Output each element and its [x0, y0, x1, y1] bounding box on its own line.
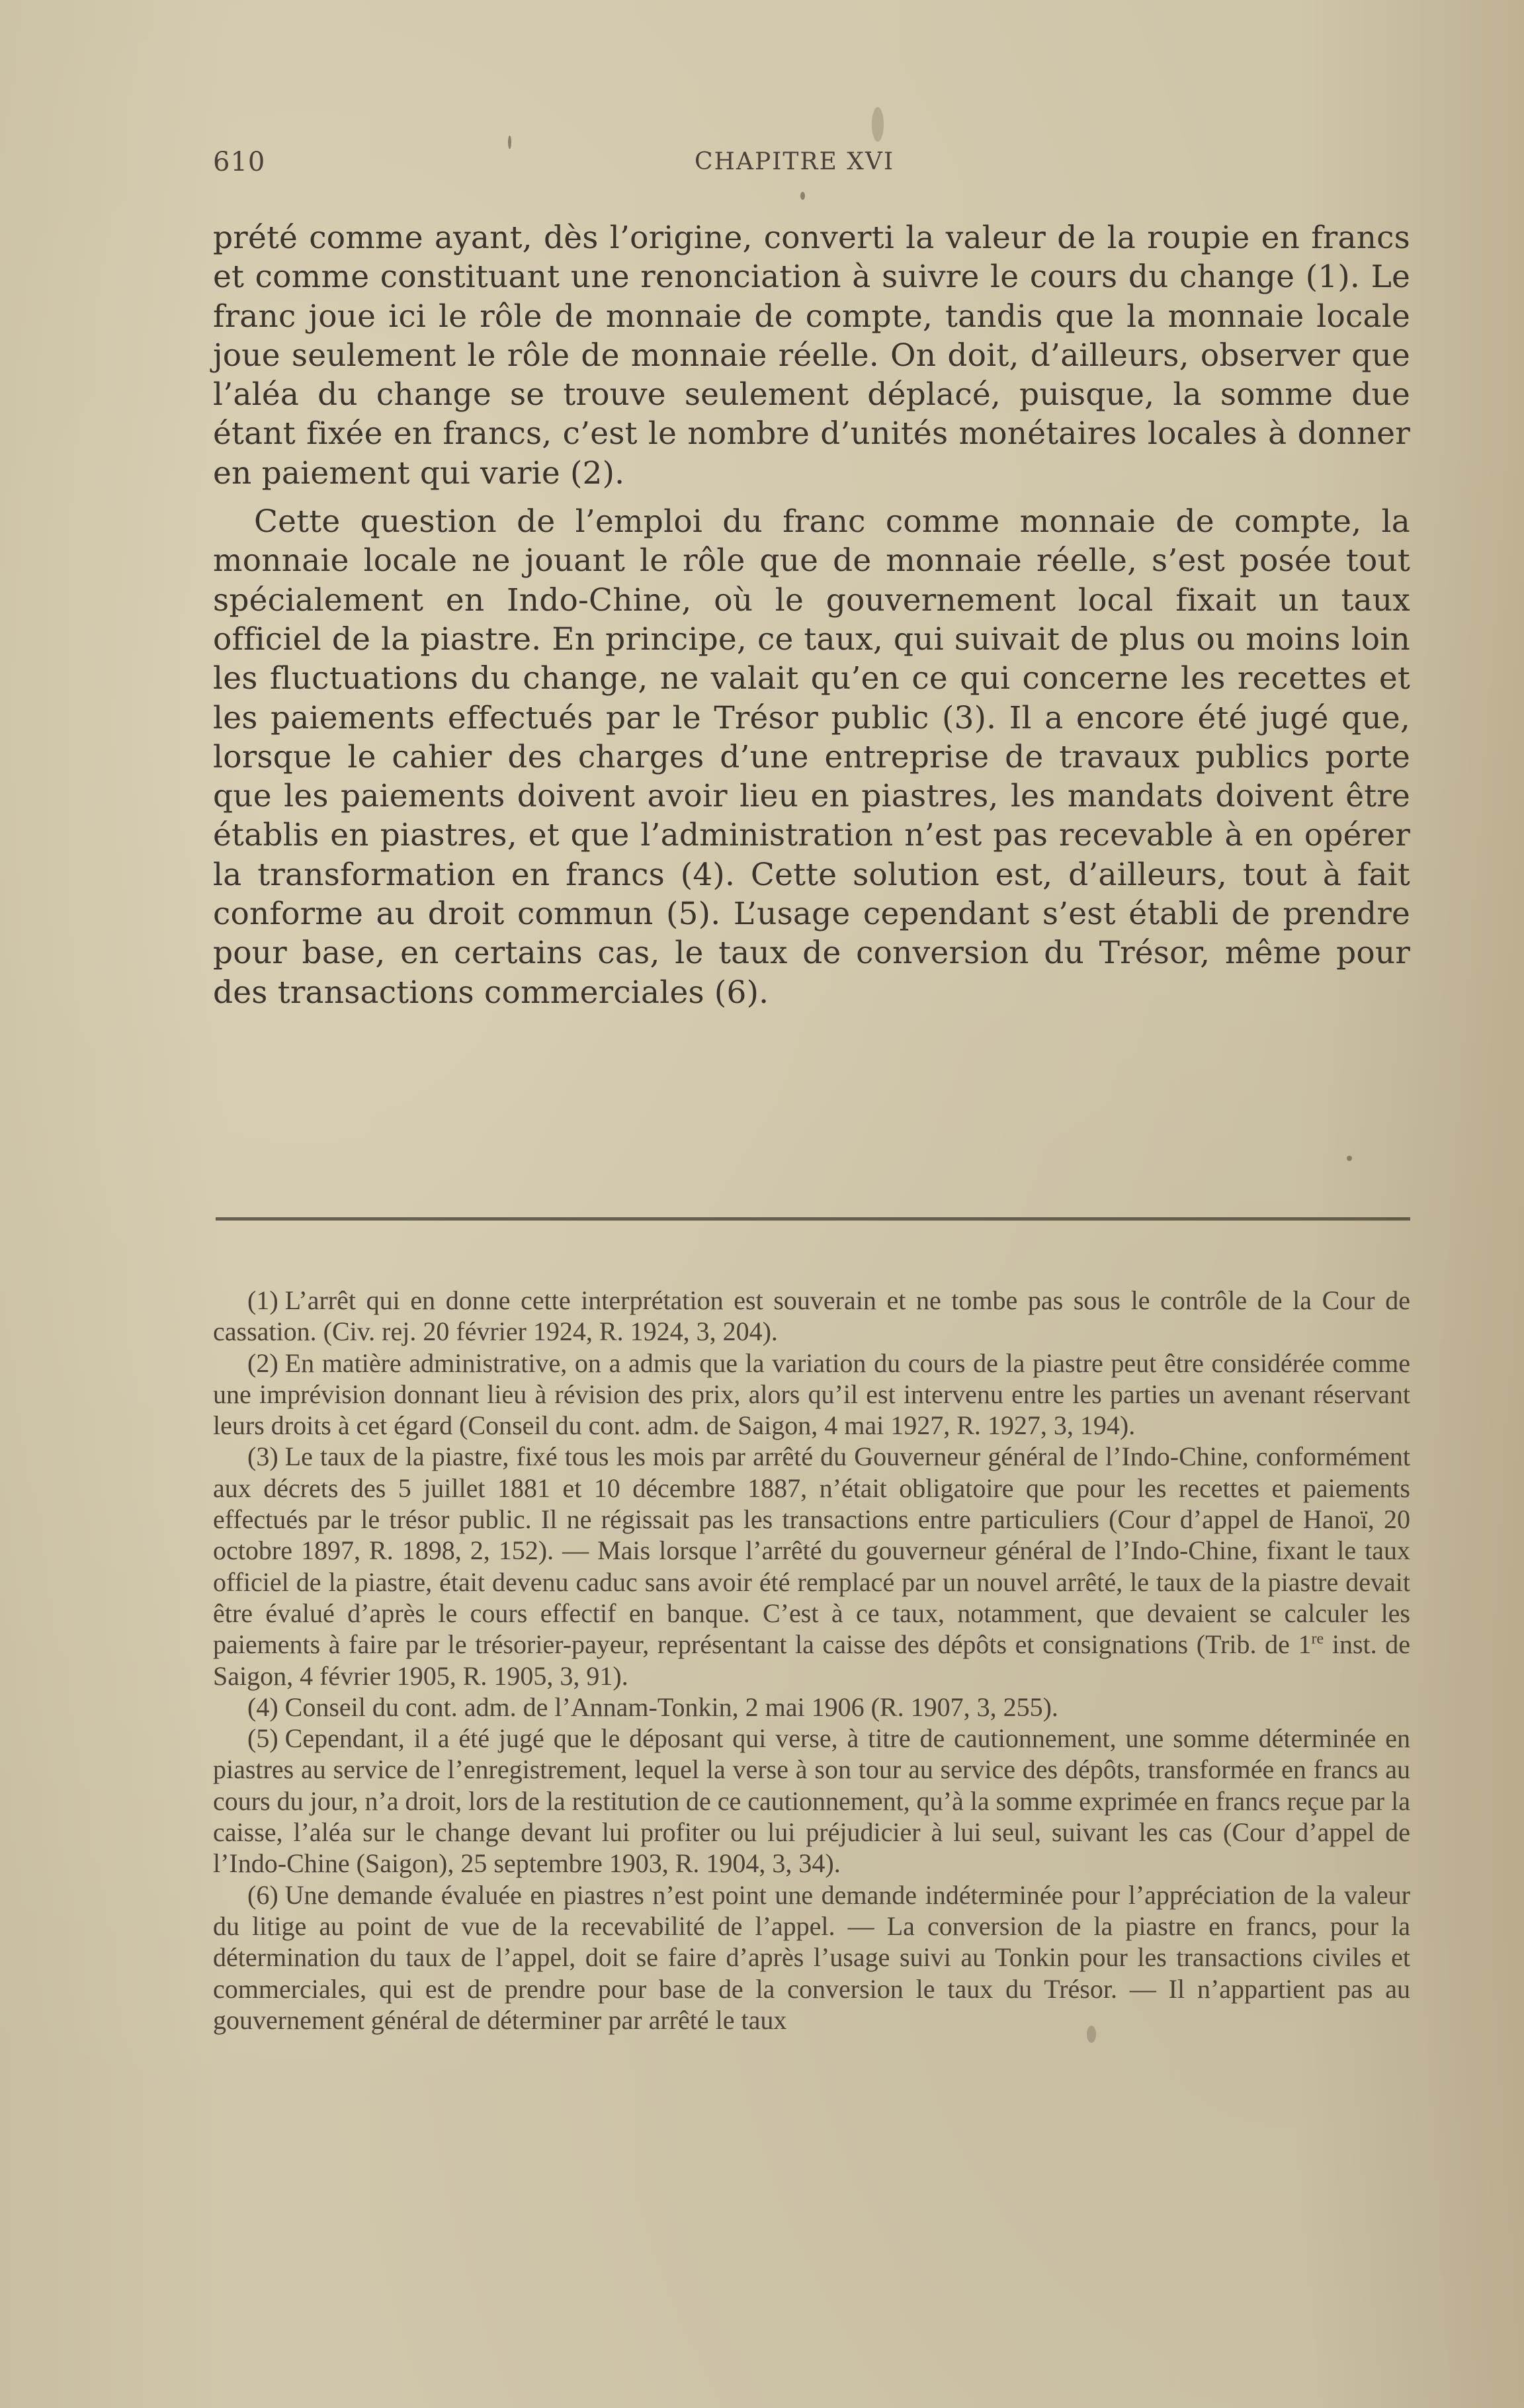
footnote-mark: (4)	[247, 1692, 278, 1722]
footnote-text: L’arrêt qui en donne cette interprétatio…	[213, 1285, 1410, 1346]
footnote-6: (6)Une demande évaluée en piastres n’est…	[213, 1879, 1410, 2036]
paper-speck	[800, 192, 805, 200]
footnote-mark: (5)	[247, 1723, 278, 1753]
footnote-3: (3)Le taux de la piastre, fixé tous les …	[213, 1441, 1410, 1691]
paper-speck	[1347, 1156, 1352, 1161]
footnote-text: Cependant, il a été jugé que le déposant…	[213, 1723, 1410, 1878]
footnote-text: Conseil du cont. adm. de l’Annam-Tonkin,…	[285, 1692, 1058, 1722]
chapter-title: CHAPITRE XVI	[695, 148, 894, 175]
footnote-text: Une demande évaluée en piastres n’est po…	[213, 1880, 1410, 2035]
footnote-mark: (3)	[247, 1441, 278, 1471]
footnote-mark: (2)	[247, 1348, 278, 1378]
paragraph: Cette question de l’emploi du franc comm…	[213, 502, 1410, 1012]
main-text: prété comme ayant, dès l’origine, conver…	[213, 218, 1410, 1012]
running-head: 610 CHAPITRE XVI	[213, 147, 1410, 180]
footnotes: (1)L’arrêt qui en donne cette interpréta…	[213, 1285, 1410, 2036]
footnote-4: (4)Conseil du cont. adm. de l’Annam-Tonk…	[213, 1692, 1410, 1723]
footnote-mark: (6)	[247, 1880, 278, 1910]
paper-speck	[872, 107, 884, 142]
footnote-1: (1)L’arrêt qui en donne cette interpréta…	[213, 1285, 1410, 1348]
ordinal-superscript: re	[1312, 1631, 1324, 1648]
footnote-text: Le taux de la piastre, fixé tous les moi…	[213, 1441, 1410, 1659]
footnote-2: (2)En matière administrative, on a admis…	[213, 1348, 1410, 1441]
footnote-5: (5)Cependant, il a été jugé que le dépos…	[213, 1723, 1410, 1879]
footnote-separator	[216, 1217, 1410, 1221]
footnote-text: En matière administrative, on a admis qu…	[213, 1348, 1410, 1441]
page-number: 610	[213, 147, 265, 177]
paragraph: prété comme ayant, dès l’origine, conver…	[213, 218, 1410, 493]
footnote-mark: (1)	[247, 1285, 278, 1315]
